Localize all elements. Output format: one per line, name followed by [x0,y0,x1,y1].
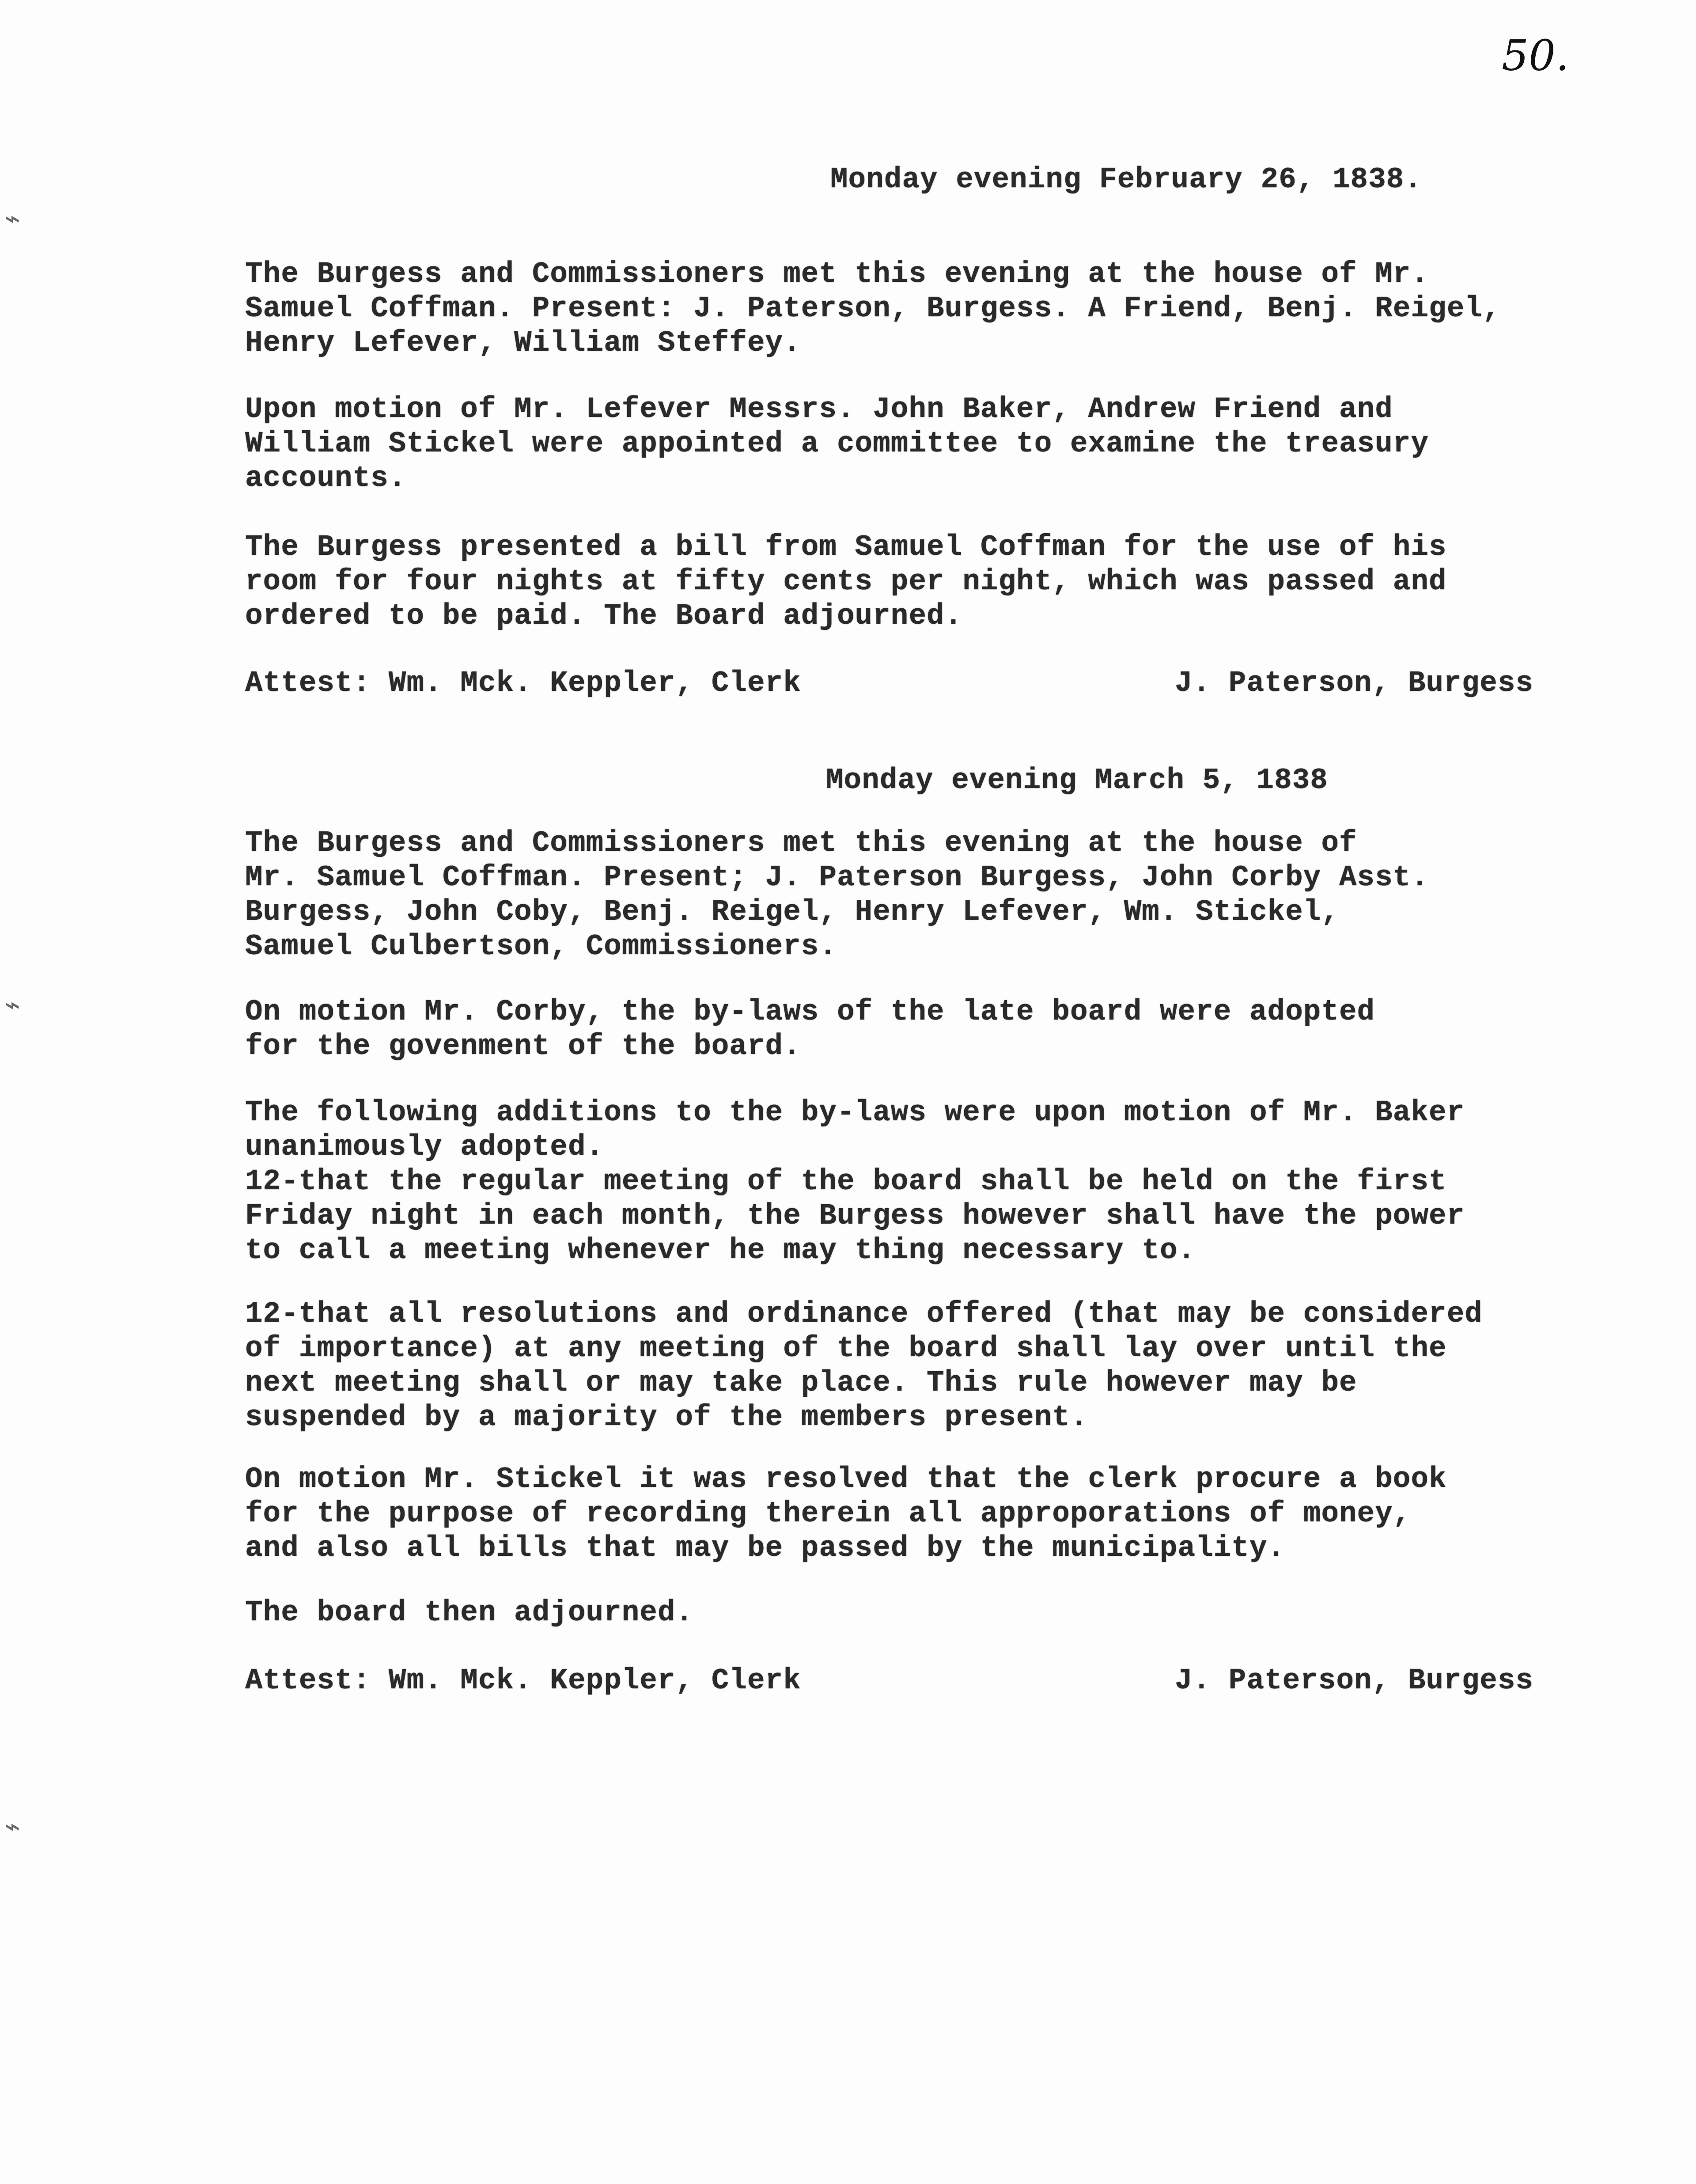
meeting-2-heading: Monday evening March 5, 1838 [826,763,1328,798]
meeting-2-paragraph-4: 12-that all resolutions and ordinance of… [245,1297,1483,1435]
page-number: 50. [1502,31,1569,80]
meeting-2-paragraph-1: The Burgess and Commissioners met this e… [245,826,1429,964]
meeting-1-paragraph-3: The Burgess presented a bill from Samuel… [245,530,1447,633]
meeting-1-paragraph-2: Upon motion of Mr. Lefever Messrs. John … [245,392,1429,496]
meeting-1-heading: Monday evening February 26, 1838. [830,163,1422,197]
margin-scribble: ⌁ [4,1811,20,1842]
meeting-1-signature: J. Paterson, Burgess [1175,666,1533,701]
document-page: 50. ⌁ ⌁ ⌁ Monday evening February 26, 18… [0,0,1696,2184]
meeting-2-attest: Attest: Wm. Mck. Keppler, Clerk [245,1664,801,1698]
meeting-2-paragraph-2: On motion Mr. Corby, the by-laws of the … [245,995,1375,1064]
margin-scribble: ⌁ [4,203,20,234]
meeting-1-attest: Attest: Wm. Mck. Keppler, Clerk [245,666,801,701]
meeting-1-paragraph-1: The Burgess and Commissioners met this e… [245,257,1500,360]
margin-scribble: ⌁ [4,990,20,1020]
meeting-2-paragraph-6: The board then adjourned. [245,1596,693,1630]
meeting-2-paragraph-3: The following additions to the by-laws w… [245,1096,1465,1268]
meeting-2-paragraph-5: On motion Mr. Stickel it was resolved th… [245,1462,1447,1566]
meeting-2-signature: J. Paterson, Burgess [1175,1664,1533,1698]
